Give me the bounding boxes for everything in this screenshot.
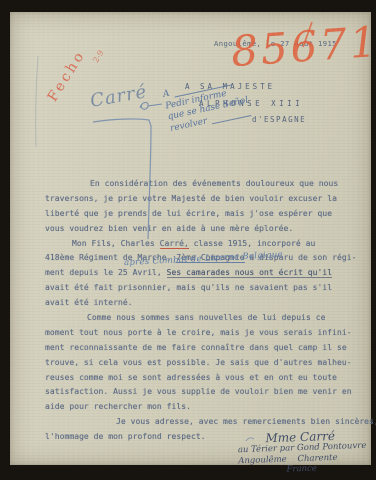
annotation-stroke [212, 115, 251, 124]
secretariat-annotation: A Pedir informe que se hase Señol revolv… [162, 65, 291, 135]
typed-line: traversons, je prie votre Majesté de bie… [45, 192, 357, 207]
letter-paper: Angoulême, le 27 Août 1915 85671 Fecho 2… [10, 12, 371, 465]
fecho-stamp: Fecho [45, 47, 89, 104]
signature-block: Mme Carré au Térier par Gond Pontouvre A… [237, 429, 368, 477]
recipient-country-line: d'ESPAGNE [252, 115, 306, 124]
typed-line: ment depuis le 25 Avril, Ses camarades n… [45, 266, 357, 281]
typed-line: Je vous adresse, avec mes remerciements … [45, 415, 357, 430]
typed-line: Mon Fils, Charles Carré, classe 1915, in… [45, 237, 357, 252]
typed-line: liberté que je prends de lui écrire, mai… [45, 207, 357, 222]
typed-line: moment tout nous porte à le croire, mais… [45, 326, 357, 341]
typed-line: satisfaction. Aussi je vous supplie de v… [45, 385, 357, 400]
annotation-line-1: A [162, 89, 171, 102]
scanned-letter-page: Angoulême, le 27 Août 1915 85671 Fecho 2… [0, 0, 376, 480]
letter-body: En considération des événements douloure… [45, 177, 357, 445]
typed-line: aide pour rechercher mon fils. [45, 400, 357, 415]
typed-line: reuses comme moi se sont adressées à vou… [45, 371, 357, 386]
typed-line: trouve, si cela vous est possible. Je sa… [45, 356, 357, 371]
fecho-stamp-date: 2-9 [91, 49, 105, 65]
archive-number-handwritten: 85671 [229, 17, 376, 76]
typed-line: Comme nous sommes sans nouvelles de lui … [45, 311, 357, 326]
typed-line: avait été interné. [45, 296, 357, 311]
typed-line: ment reconnaissante de me faire connaîtr… [45, 341, 357, 356]
typed-line: vous voudrez bien venir en aide à une mè… [45, 222, 357, 237]
typed-line: avait été fait prisonnier, mais qu'ils n… [45, 281, 357, 296]
typed-line: En considération des événements douloure… [45, 177, 357, 192]
margin-name-handwritten: Carré [89, 81, 149, 112]
